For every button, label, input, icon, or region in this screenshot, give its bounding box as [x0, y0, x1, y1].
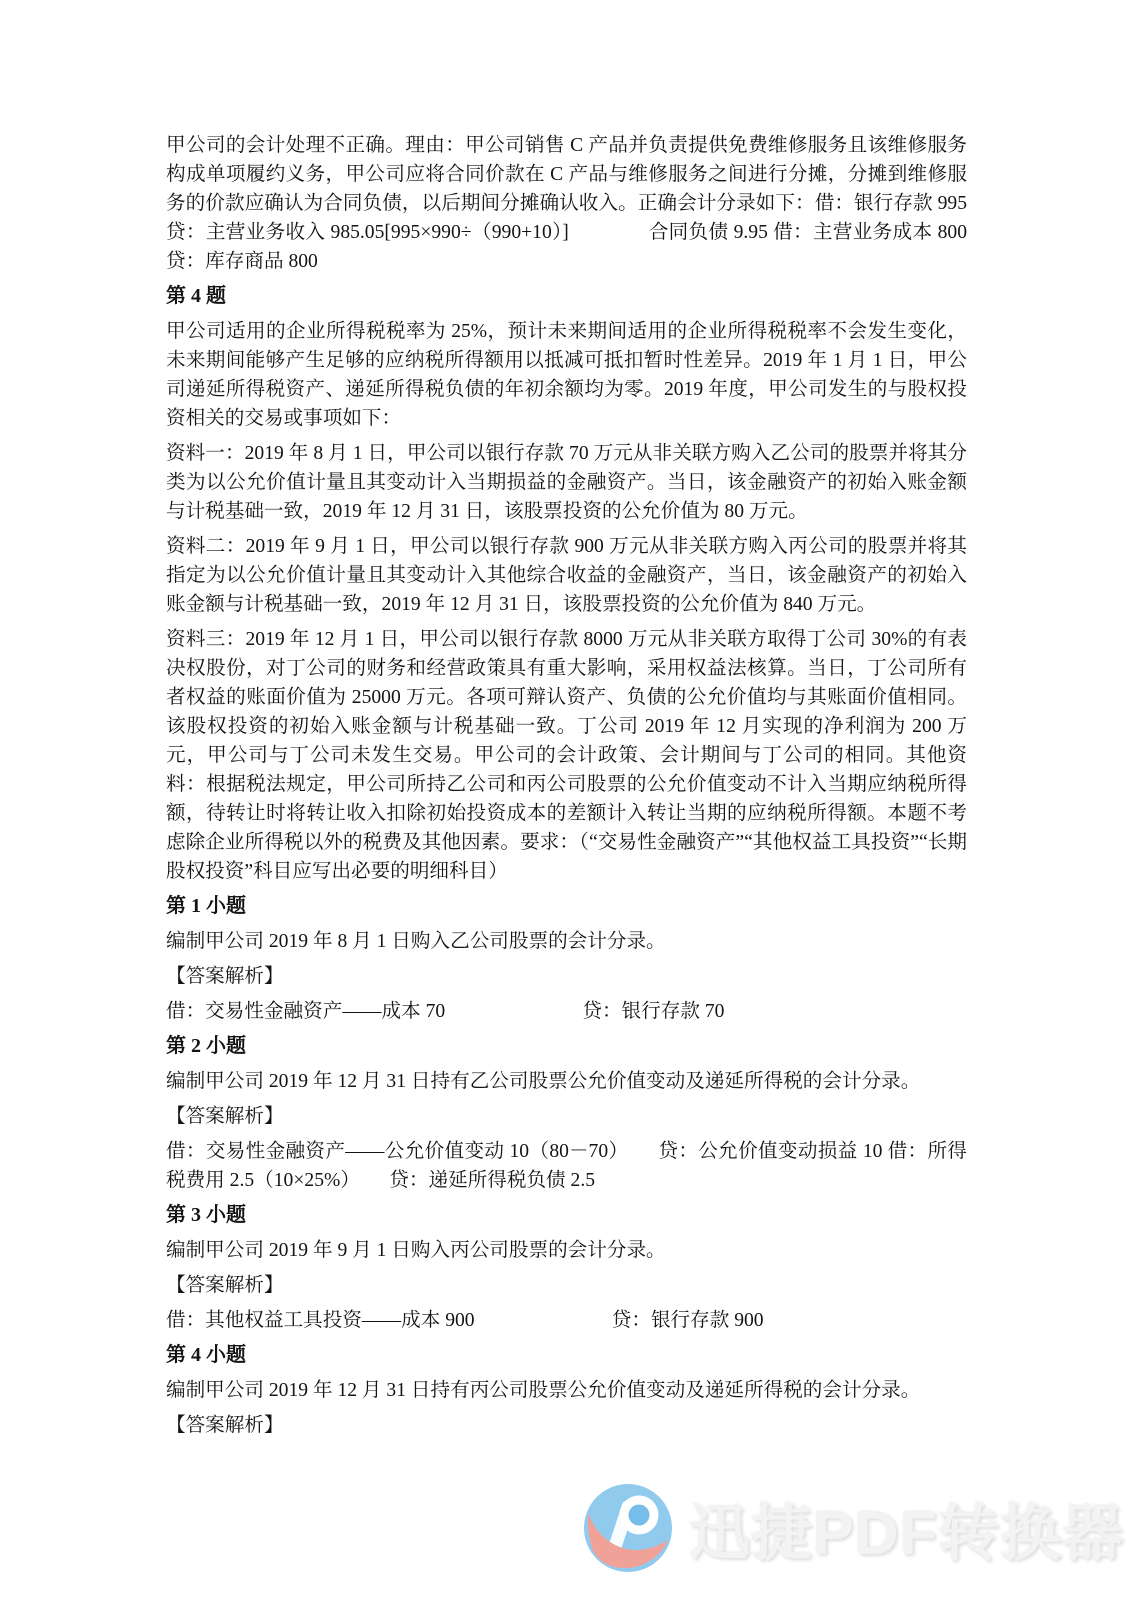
paragraph: 【答案解析】	[166, 962, 967, 991]
section-heading: 第 2 小题	[166, 1032, 967, 1061]
section-heading: 第 3 小题	[166, 1201, 967, 1230]
paragraph: 甲公司适用的企业所得税税率为 25%，预计未来期间适用的企业所得税税率不会发生变…	[166, 317, 967, 433]
paragraph: 【答案解析】	[166, 1102, 967, 1131]
pdf-converter-watermark: 迅捷PDF转换器	[583, 1483, 1124, 1573]
pdf-converter-logo-icon	[583, 1483, 673, 1573]
paragraph: 借：交易性金融资产——公允价值变动 10（80－70） 贷：公允价值变动损益 1…	[166, 1137, 967, 1195]
paragraph: 编制甲公司 2019 年 12 月 31 日持有丙公司股票公允价值变动及递延所得…	[166, 1376, 967, 1405]
section-heading: 第 4 小题	[166, 1341, 967, 1370]
paragraph: 【答案解析】	[166, 1271, 967, 1300]
section-heading: 第 4 题	[166, 282, 967, 311]
section-heading: 第 1 小题	[166, 892, 967, 921]
paragraph: 编制甲公司 2019 年 8 月 1 日购入乙公司股票的会计分录。	[166, 927, 967, 956]
paragraph: 编制甲公司 2019 年 12 月 31 日持有乙公司股票公允价值变动及递延所得…	[166, 1067, 967, 1096]
paragraph: 资料二：2019 年 9 月 1 日，甲公司以银行存款 900 万元从非关联方购…	[166, 532, 967, 619]
paragraph: 甲公司的会计处理不正确。理由：甲公司销售 C 产品并负责提供免费维修服务且该维修…	[166, 131, 967, 276]
paragraph: 资料三：2019 年 12 月 1 日，甲公司以银行存款 8000 万元从非关联…	[166, 625, 967, 886]
watermark-text: 迅捷PDF转换器	[689, 1485, 1124, 1572]
paragraph: 【答案解析】	[166, 1411, 967, 1440]
paragraph: 资料一：2019 年 8 月 1 日，甲公司以银行存款 70 万元从非关联方购入…	[166, 439, 967, 526]
document-content: 甲公司的会计处理不正确。理由：甲公司销售 C 产品并负责提供免费维修服务且该维修…	[166, 131, 967, 1446]
paragraph: 编制甲公司 2019 年 9 月 1 日购入丙公司股票的会计分录。	[166, 1236, 967, 1265]
paragraph: 借：交易性金融资产——成本 70 贷：银行存款 70	[166, 997, 967, 1026]
paragraph: 借：其他权益工具投资——成本 900 贷：银行存款 900	[166, 1306, 967, 1335]
